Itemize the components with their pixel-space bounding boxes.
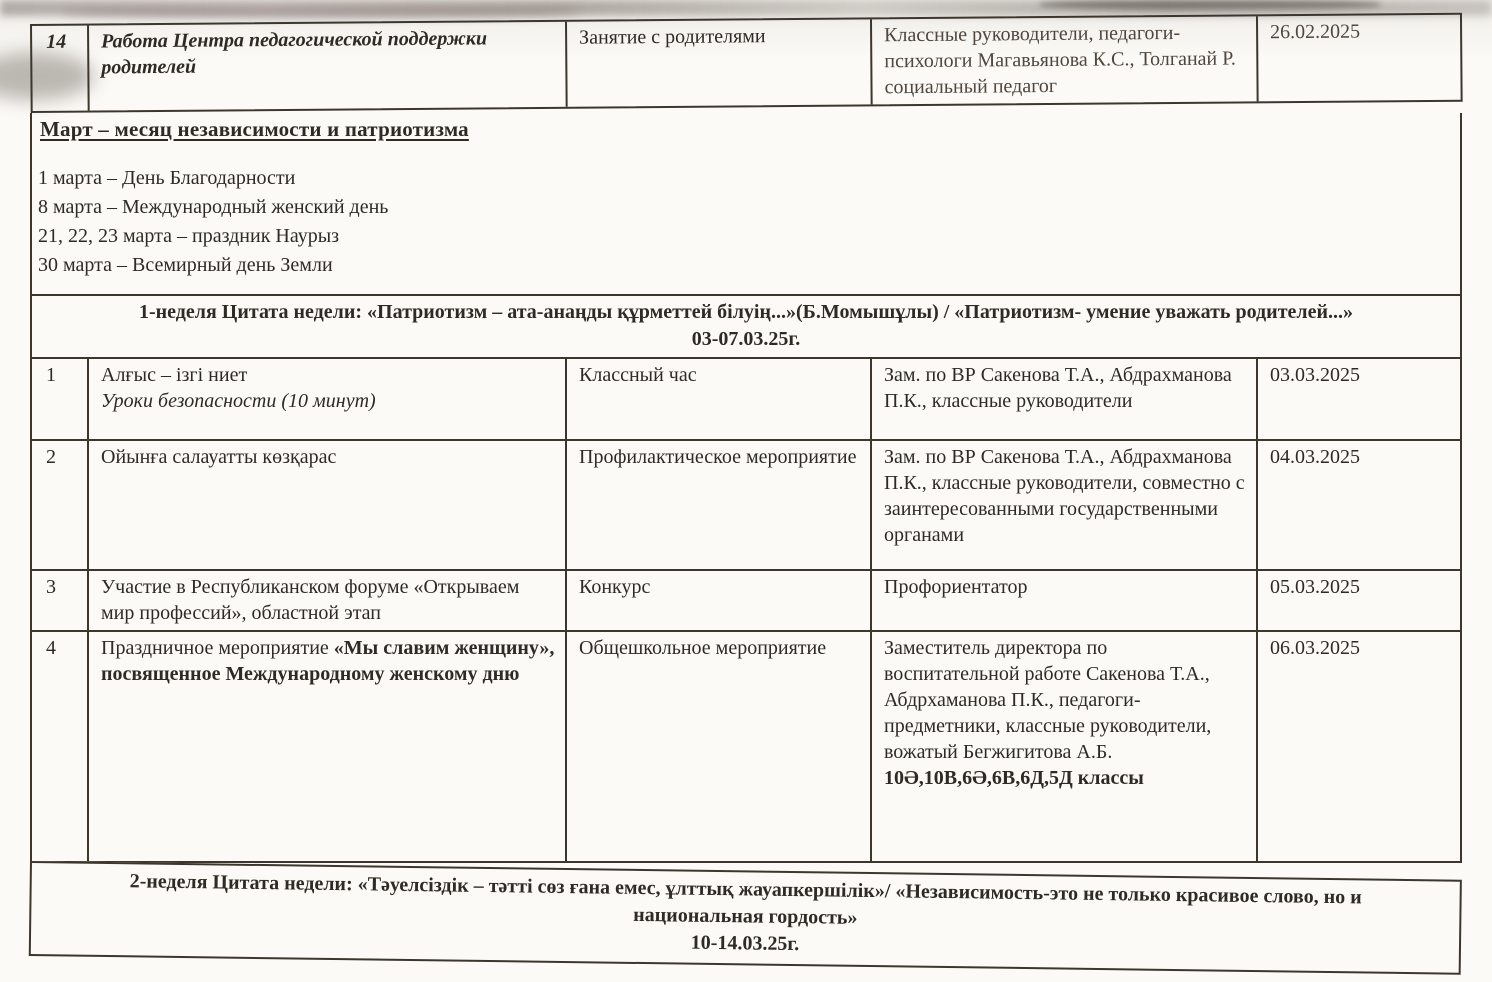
month-title: Март – месяц независимости и патриотизма <box>38 117 1450 142</box>
month-events-list: 1 марта – День Благодарности 8 марта – М… <box>38 164 1450 280</box>
responsible-classes: 10Ә,10В,6Ә,6В,6Д,5Д классы <box>884 765 1246 791</box>
row-number: 14 <box>32 26 88 111</box>
table-row-3: 3 Участие в Республиканском форуме «Откр… <box>32 569 1460 630</box>
activity-title: Праздничное мероприятие <box>101 637 334 659</box>
row-number: 4 <box>32 632 87 861</box>
date-cell: 06.03.2025 <box>1256 632 1464 861</box>
scan-smudge-blob <box>1040 0 1380 9</box>
list-item: 1 марта – День Благодарности <box>38 164 1450 193</box>
activity-cell: Ойынға салауатты көзқарас <box>87 441 565 569</box>
table-row-1: 1 Алғыс – ізгі ниет Уроки безопасности (… <box>32 359 1460 439</box>
table-row-4: 4 Праздничное мероприятие «Мы славим жен… <box>32 630 1460 861</box>
responsible-cell: Заместитель директора по воспитательной … <box>870 632 1256 861</box>
activity-cell: Праздничное мероприятие «Мы славим женщи… <box>87 632 565 861</box>
form-cell: Занятие с родителями <box>565 19 871 106</box>
date-cell: 04.03.2025 <box>1256 441 1464 569</box>
form-cell: Конкурс <box>565 571 870 630</box>
responsible-cell: Зам. по ВР Сакенова Т.А., Абдрахманова П… <box>870 359 1256 439</box>
activity-title: Алғыс – ізгі ниет <box>101 362 555 388</box>
table-row-14: 14 Работа Центра педагогической поддержк… <box>30 13 1463 113</box>
week1-quote: 1-неделя Цитата недели: «Патриотизм – ат… <box>72 299 1420 326</box>
responsible-cell: Классные руководители, педагоги-психолог… <box>870 16 1257 104</box>
scanned-document-sheet: 14 Работа Центра педагогической поддержк… <box>30 24 1462 956</box>
table-row-2: 2 Ойынға салауатты көзқарас Профилактиче… <box>32 439 1460 569</box>
responsible-cell: Зам. по ВР Сакенова Т.А., Абдрахманова П… <box>870 441 1256 569</box>
activity-cell: Алғыс – ізгі ниет Уроки безопасности (10… <box>87 359 565 439</box>
responsible-names: Заместитель директора по воспитательной … <box>884 635 1246 765</box>
week1-dates: 03-07.03.25г. <box>72 326 1420 353</box>
scan-smudge-blob <box>60 6 580 18</box>
date-cell: 03.03.2025 <box>1256 359 1464 439</box>
form-cell: Профилактическое мероприятие <box>565 441 870 569</box>
list-item: 21, 22, 23 марта – праздник Наурыз <box>38 222 1450 251</box>
date-cell: 26.02.2025 <box>1256 15 1465 102</box>
month-section: Март – месяц независимости и патриотизма… <box>32 113 1460 294</box>
events-table: 1 Алғыс – ізгі ниет Уроки безопасности (… <box>32 357 1460 861</box>
form-cell: Общешкольное мероприятие <box>565 632 870 861</box>
form-cell: Классный час <box>565 359 870 439</box>
list-item: 30 марта – Всемирный день Земли <box>38 251 1450 280</box>
week2-header: 2-неделя Цитата недели: «Тәуелсіздік – т… <box>29 861 1462 975</box>
activity-note: Уроки безопасности (10 минут) <box>101 388 555 414</box>
activity-cell: Участие в Республиканском форуме «Открыв… <box>87 571 565 630</box>
row-number: 3 <box>32 571 87 630</box>
row-number: 1 <box>32 359 87 439</box>
activity-cell: Работа Центра педагогической поддержки р… <box>87 22 566 111</box>
week1-header: 1-неделя Цитата недели: «Патриотизм – ат… <box>32 294 1460 357</box>
date-cell: 05.03.2025 <box>1256 571 1464 630</box>
list-item: 8 марта – Международный женский день <box>38 193 1450 222</box>
row-number: 2 <box>32 441 87 569</box>
march-plan-box: Март – месяц независимости и патриотизма… <box>30 113 1462 863</box>
responsible-cell: Профориентатор <box>870 571 1256 630</box>
